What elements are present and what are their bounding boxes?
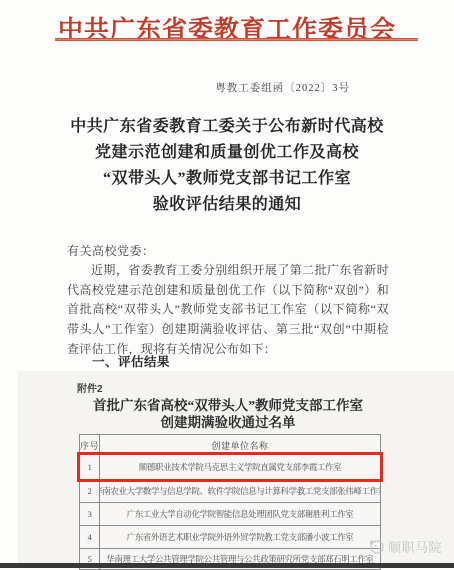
paw-logo-icon (368, 538, 385, 555)
attachment-label: 附件2 (77, 380, 103, 395)
table-row: 2 华南农业大学数学与信息学院、软件学院信息与计算科学教工党支部张伟峰工作室 (80, 479, 380, 502)
attachment-title-line: 创建期满验收通过名单 (18, 414, 438, 431)
attachment-section: 附件2 首批广东省高校“双带头人”教师党支部工作室 创建期满验收通过名单 序号 … (18, 371, 454, 568)
row-no: 2 (80, 480, 100, 502)
table-body: 1 顺德职业技术学院马克思主义学院直属党支部李霞工作室 2 华南农业大学数学与信… (80, 455, 380, 569)
table-header-no: 序号 (80, 435, 100, 455)
row-name: 华南农业大学数学与信息学院、软件学院信息与计算科学教工党支部张伟峰工作室 (100, 480, 380, 502)
table-row: 1 顺德职业技术学院马克思主义学院直属党支部李霞工作室 (80, 455, 380, 479)
watermark: 顺职马院 (368, 537, 442, 556)
red-divider-line (55, 38, 418, 41)
attachment-title: 首批广东省高校“双带头人”教师党支部工作室 创建期满验收通过名单 (18, 397, 438, 431)
table-header-row: 序号 创建单位名称 (80, 435, 380, 455)
watermark-text: 顺职马院 (388, 537, 442, 556)
document-title-line: 验收评估结果的通知 (0, 192, 454, 218)
section-heading: 一、评估结果 (92, 352, 170, 370)
table-header-name: 创建单位名称 (100, 435, 380, 455)
document-number: 粤教工委组函〔2022〕3号 (0, 80, 350, 95)
body-paragraph: 近期，省委教育工委分别组织开展了第二批广东省新时代高校党建示范创建和质量创优工作… (67, 261, 389, 360)
row-name: 广东工业大学自动化学院智能信息处理团队党支部谢胜利工作室 (100, 503, 380, 525)
row-no: 1 (80, 455, 100, 479)
row-name: 广东省外语艺术职业学院外语外贸学院教工党支部潘小波工作室 (100, 526, 380, 548)
photo-edge-band (0, 563, 454, 568)
row-name: 顺德职业技术学院马克思主义学院直属党支部李霞工作室 (100, 455, 380, 479)
document-title-line: 党建示范创建和质量创优工作及高校 (0, 140, 454, 166)
table-row: 3 广东工业大学自动化学院智能信息处理团队党支部谢胜利工作室 (80, 502, 380, 525)
document-page: 中共广东省委教育工作委员会 粤教工委组函〔2022〕3号 中共广东省委教育工委关… (0, 0, 454, 570)
table-row: 4 广东省外语艺术职业学院外语外贸学院教工党支部潘小波工作室 (80, 525, 380, 548)
document-title-line: 中共广东省委教育工委关于公布新时代高校 (0, 114, 454, 140)
document-title: 中共广东省委教育工委关于公布新时代高校 党建示范创建和质量创优工作及高校 “双带… (0, 114, 454, 218)
workstation-table: 序号 创建单位名称 1 顺德职业技术学院马克思主义学院直属党支部李霞工作室 2 … (79, 434, 381, 570)
row-no: 4 (80, 526, 100, 548)
row-no: 3 (80, 503, 100, 525)
salutation: 有关高校党委： (67, 242, 155, 259)
document-title-line: “双带头人”教师党支部书记工作室 (0, 166, 454, 192)
attachment-title-line: 首批广东省高校“双带头人”教师党支部工作室 (18, 397, 438, 414)
